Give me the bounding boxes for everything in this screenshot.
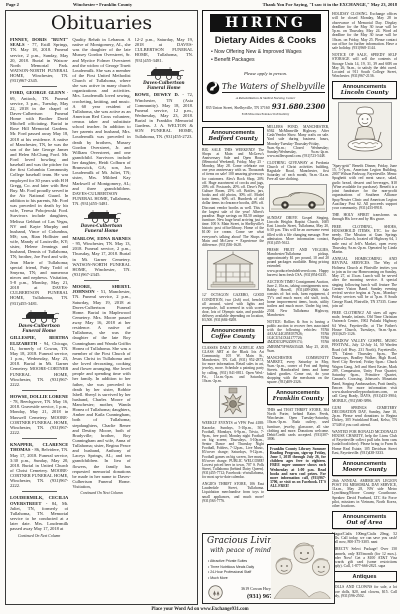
section-header-franklin: AnnouncementsFranklin County (267, 387, 329, 405)
masthead-region: Winchester • Franklin County (30, 2, 175, 7)
classified-ad: WANTED FOR RONALD MCDONALD HOUSE CHARITY… (332, 430, 397, 456)
section-header-line1: Announcements (334, 461, 395, 467)
gazebo-photo (202, 250, 264, 291)
obituary-entry: 12-2 p.m., Saturday, May 19, 2018 at DAV… (135, 37, 193, 63)
hearse-drawing (79, 209, 123, 223)
classified-ad: ANGIE'S THRIFT STORE, 106 East Lauderdal… (202, 482, 264, 503)
obituary-divider (22, 491, 57, 492)
classified-ad: 26th ANNUAL AMERICAN LEGION POST 192 MEM… (332, 479, 397, 509)
classified-ad: GUM SPRINGS CEMETERY DECORATION DAY, Sun… (332, 406, 397, 427)
obituary-entry: MOORE, SHERYL JOHNSON - 51, Manchester, … (72, 284, 130, 489)
classic-car-photo (267, 184, 329, 213)
obituary-name: ROWE, DEWEY D. (135, 92, 179, 97)
funeral-home-logo-caption: Funeral Home (72, 229, 130, 234)
classifieds-column-middle: MILLERS POND, MANCHESTER, 6562 McMinnvil… (267, 125, 329, 531)
obituaries-title: Obituaries (6, 14, 197, 33)
gracious-bullet: • 24-Hour Professional Staff (208, 570, 254, 576)
classic-car-drawing (269, 184, 327, 212)
footer-word-ad-note: Place your Word Ad on www.Exchange931.co… (0, 607, 400, 612)
section-header-antiques: Antiques (332, 571, 397, 582)
section-header-moore: AnnouncementsMoore County (332, 458, 397, 476)
classified-ad: Franklin County Library Summer Reading P… (267, 444, 329, 491)
masthead-slogan-date: Thank You For Saying, "I saw it in the E… (263, 2, 397, 7)
obituary-entry: FORD, GEORGE GLENN - 69, Antioch, TN. Fu… (10, 90, 68, 305)
obituary-entry: LOUDERMILK, CECILIA OVERSTREET - 84, Mt.… (10, 495, 68, 531)
funeral-home-logo: Daves-CulbertsonFuneral Home (72, 209, 130, 234)
obituary-name: HOWSE, DOLLIE LORENE (10, 394, 68, 399)
section-header-bedford: AnnouncementsBedford County (202, 127, 264, 145)
classified-ad: AUCTION TIME! Consignment Auction, June … (267, 280, 329, 317)
hearse-drawing (17, 309, 61, 323)
chef-spaghetti-drawing (338, 102, 392, 160)
obituaries-column-3: 12-2 p.m., Saturday, May 19, 2018 at DAV… (135, 37, 193, 595)
classified-ad: SHADOW VALLEY GOSPEL MUSIC FESTIVAL, Jul… (332, 339, 397, 403)
classified-ad: BIG SALE THIS WEEKEND! The Shops at Main… (202, 148, 264, 247)
classified-ad: THIS and THAT THRIFT STORE, 304 North Po… (267, 408, 329, 441)
classified-ad: CLOTHING GIVEAWAY at Fredonia Church of … (267, 161, 329, 182)
obituary-divider (22, 438, 57, 439)
obituary-divider (84, 280, 119, 281)
classified-ad: CLASSES DAILY IN ACRYLIC AND GLASS ART a… (202, 346, 264, 383)
obituary-entry: HOWSE, DOLLIE LORENE - 78, Beechgrove, T… (10, 394, 68, 435)
brand-row: The Waters of Shelbyville (206, 81, 325, 95)
section-header-line1: Antiques (334, 574, 395, 580)
waters-swan-logo (206, 81, 220, 95)
facility-name: The Waters of Shelbyville (222, 82, 325, 93)
continued-note: Continued On Next Column (10, 534, 68, 538)
section-header-line2: Out of Area (334, 520, 395, 526)
section-header-line1: Announcements (204, 328, 262, 334)
spay-getti-cartoon (332, 102, 397, 161)
vfw-cross-drawing (219, 386, 247, 418)
obituary-name: MARLOW, EDNA BARNES (72, 236, 130, 241)
section-header-line1: Announcements (204, 130, 262, 136)
classified-ad: NOTICE OF SALE, SPEEDY SELF STORAGE will… (332, 53, 397, 79)
section-header-line2: Bedford County (204, 136, 262, 142)
page-number: Page 2 (6, 2, 19, 7)
obituary-entry: ROWE, DEWEY D. - 72, Winchester, TN (Asi… (135, 92, 193, 138)
classified-ad: DOLLS AND CLOWNS for sale, a lot more do… (332, 585, 397, 598)
gracious-living-display-ad: Gracious Living... with peace of mind • … (202, 533, 335, 604)
hiring-apply-note: Please apply in person. (244, 71, 287, 76)
obituaries-columns: FINNEY, DORIS "BUNT" SEALS - 77, Estill … (10, 37, 193, 595)
obituary-name: MOORE, SHERYL JOHNSON (72, 284, 130, 294)
residents-photo (271, 535, 333, 604)
hiring-headline: Dietary Aides & Cooks (215, 35, 317, 46)
classified-ad: THE HOLY SPIRIT transforms us through Hi… (332, 213, 397, 222)
classified-ad: NOTICE: Rollins & Son is having a public… (267, 320, 329, 353)
obituary-entry: GILLESPIE, BERTHA ELIZABETH - 94, Chicag… (10, 335, 68, 386)
vfw-medal-image (202, 386, 264, 419)
section-header-line2: Coffee County (204, 334, 262, 340)
hiring-bullet: • Benefit Packages (211, 57, 302, 65)
obituary-entry: KNAPPER, CLARENCE THOMAS - 86, Belvidere… (10, 442, 68, 488)
classified-ad: FRESH FRUIT AND VEGGIES, Manchester/Tull… (267, 248, 329, 277)
obituary-entry: Quality Rehab in Lebanon. A native of Mo… (72, 37, 130, 206)
section-header-coffee: AnnouncementsCoffee County (202, 325, 264, 343)
section-header-line2: Lincoln County (334, 90, 395, 96)
obituary-entry: FINNEY, DORIS "BUNT" SEALS - 77, Estill … (10, 37, 68, 83)
funeral-home-logo: Daves-CulbertsonFuneral Home (135, 66, 193, 91)
obituary-divider (22, 390, 57, 391)
facility-tagline: A Rehabilitation & Skilled Nursing Cente… (236, 96, 296, 100)
facility-seal-logo (208, 585, 223, 600)
obituary-name: KNAPPER, CLARENCE THOMAS (10, 442, 68, 452)
funeral-home-logo-caption: Funeral Home (135, 86, 193, 91)
classified-ad: HOLIDAY CLOSING. Exchange offices will b… (332, 12, 397, 50)
continued-note: Continued On Next Column (72, 491, 130, 495)
hiring-bullets: • Now Offering New & Improved Wages • Be… (211, 49, 302, 65)
obituaries-section: Obituaries FINNEY, DORIS "BUNT" SEALS - … (5, 10, 198, 605)
obituaries-column-2: Quality Rehab in Lebanon. A native of Mo… (72, 37, 130, 595)
classified-ad: DIRECTV Select Package! Over 150 channel… (332, 547, 397, 568)
classified-ad: "Spay-getti" Benefit Dinner, Friday, Jun… (332, 164, 397, 211)
classified-ad: Viagra/Cialis 100mg/Cialis 20mg, 52 pill… (332, 532, 397, 545)
classified-ad: FREE CLOTHING! All sizes all ages: male,… (332, 311, 397, 337)
gracious-subheading: with peace of mind (210, 547, 271, 554)
obituary-name: FORD, GEORGE GLENN (10, 90, 65, 95)
classified-ad: MANCHESTER COMMUNITY MARKET, every Satur… (267, 356, 329, 385)
section-header-out-of-area: AnnouncementsOut of Area (332, 511, 397, 529)
facility-address: 835 Union Street, Shelbyville, TN 37160 (206, 106, 270, 110)
classified-ad: MILLERS POND, MANCHESTER, 6562 McMinnvil… (267, 125, 329, 158)
hiring-bullet: • Now Offering New & Improved Wages (211, 49, 302, 57)
hiring-display-ad: HIRING Dietary Aides & Cooks • Now Offer… (202, 10, 329, 122)
obituary-entry: MARLOW, EDNA BARNES - 95, Winchester, TN… (72, 236, 130, 277)
hiring-banner: HIRING (210, 14, 321, 32)
facility-phone: 931.680.2300 (272, 102, 326, 111)
section-header-line2: Moore County (334, 467, 395, 473)
section-header-lincoln: AnnouncementsLincoln County (332, 81, 397, 99)
obituary-name: FINNEY, DORIS "BUNT" SEALS (10, 37, 68, 47)
obituary-name: GILLESPIE, BERTHA ELIZABETH (10, 335, 68, 345)
obituary-name: LOUDERMILK, CECILIA OVERSTREET (10, 495, 68, 505)
gracious-bullet: • Much More (208, 576, 254, 582)
hearse-drawing (142, 66, 186, 80)
classified-ad: 12' OCTAGON GAZEBO, GOOD CONDITION, two … (202, 293, 264, 322)
section-header-line2: Franklin County (269, 396, 327, 402)
funeral-home-logo-caption: Funeral Home (10, 329, 68, 334)
classified-ad: ANNUAL HOMECOMING AND REVIVAL SERVICES. … (332, 257, 397, 308)
eoe-disclaimer: EOE/Minorities/Females/Vet/Disability (242, 112, 290, 116)
residents-photo-drawing (271, 535, 333, 599)
obituary-divider (22, 86, 57, 87)
classified-ad: SUNDAY DRIVE Gospel Singing, Lincoln Hei… (267, 216, 329, 245)
classifieds-column-left: AnnouncementsBedford CountyBIG SALE THIS… (202, 125, 264, 531)
classified-ad: FREE CLOTHING, SHOES, HOUSEHOLD ITEMS, E… (332, 225, 397, 255)
gracious-bullets: • Attractive Private Suites • Three Nutr… (208, 559, 254, 581)
facility-address-row: 835 Union Street, Shelbyville, TN 37160 … (206, 102, 326, 111)
obituaries-column-1: FINNEY, DORIS "BUNT" SEALS - 77, Estill … (10, 37, 68, 595)
newspaper-page: Page 2 Winchester • Franklin County Than… (0, 0, 400, 614)
section-header-line1: Announcements (334, 514, 395, 520)
classified-ad: WEEKLY EVENTS at VFW Post 4188: Karaoke,… (202, 421, 264, 479)
gazebo-drawing (207, 250, 259, 290)
funeral-home-logo: Daves-CulbertsonFuneral Home (10, 309, 68, 334)
classifieds-column-right: HOLIDAY CLOSING. Exchange offices will b… (332, 12, 397, 604)
masthead: Page 2 Winchester • Franklin County Than… (0, 2, 400, 10)
